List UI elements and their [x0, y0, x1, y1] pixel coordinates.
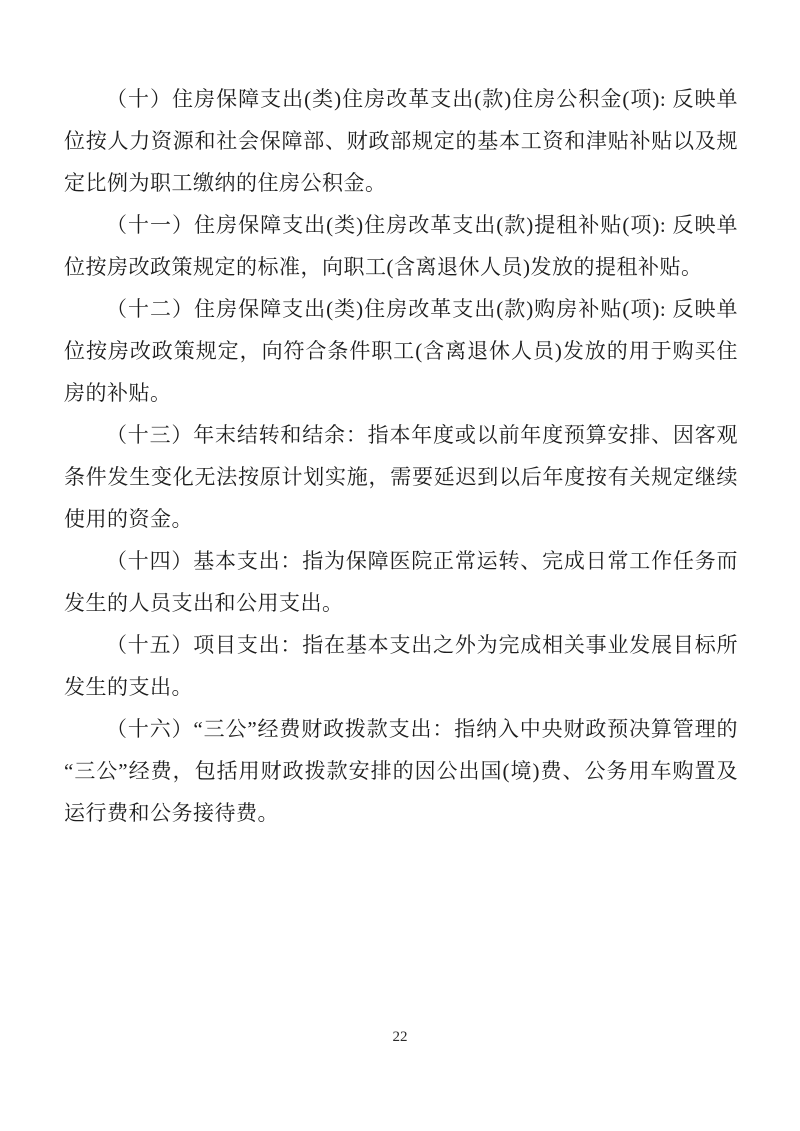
paragraph-item-12: （十二）住房保障支出(类)住房改革支出(款)购房补贴(项): 反映单位按房改政策…	[64, 288, 738, 414]
paragraph-item-11: （十一）住房保障支出(类)住房改革支出(款)提租补贴(项): 反映单位按房改政策…	[64, 204, 738, 288]
document-page: （十）住房保障支出(类)住房改革支出(款)住房公积金(项): 反映单位按人力资源…	[0, 0, 800, 1131]
paragraph-item-10: （十）住房保障支出(类)住房改革支出(款)住房公积金(项): 反映单位按人力资源…	[64, 78, 738, 204]
paragraph-item-14: （十四）基本支出：指为保障医院正常运转、完成日常工作任务而发生的人员支出和公用支…	[64, 540, 738, 624]
document-body: （十）住房保障支出(类)住房改革支出(款)住房公积金(项): 反映单位按人力资源…	[64, 78, 738, 834]
page-number: 22	[393, 1029, 408, 1045]
paragraph-item-15: （十五）项目支出：指在基本支出之外为完成相关事业发展目标所发生的支出。	[64, 624, 738, 708]
page-footer: 22	[0, 1028, 800, 1046]
paragraph-item-16: （十六）“三公”经费财政拨款支出：指纳入中央财政预决算管理的“三公”经费，包括用…	[64, 708, 738, 834]
paragraph-item-13: （十三）年末结转和结余：指本年度或以前年度预算安排、因客观条件发生变化无法按原计…	[64, 414, 738, 540]
